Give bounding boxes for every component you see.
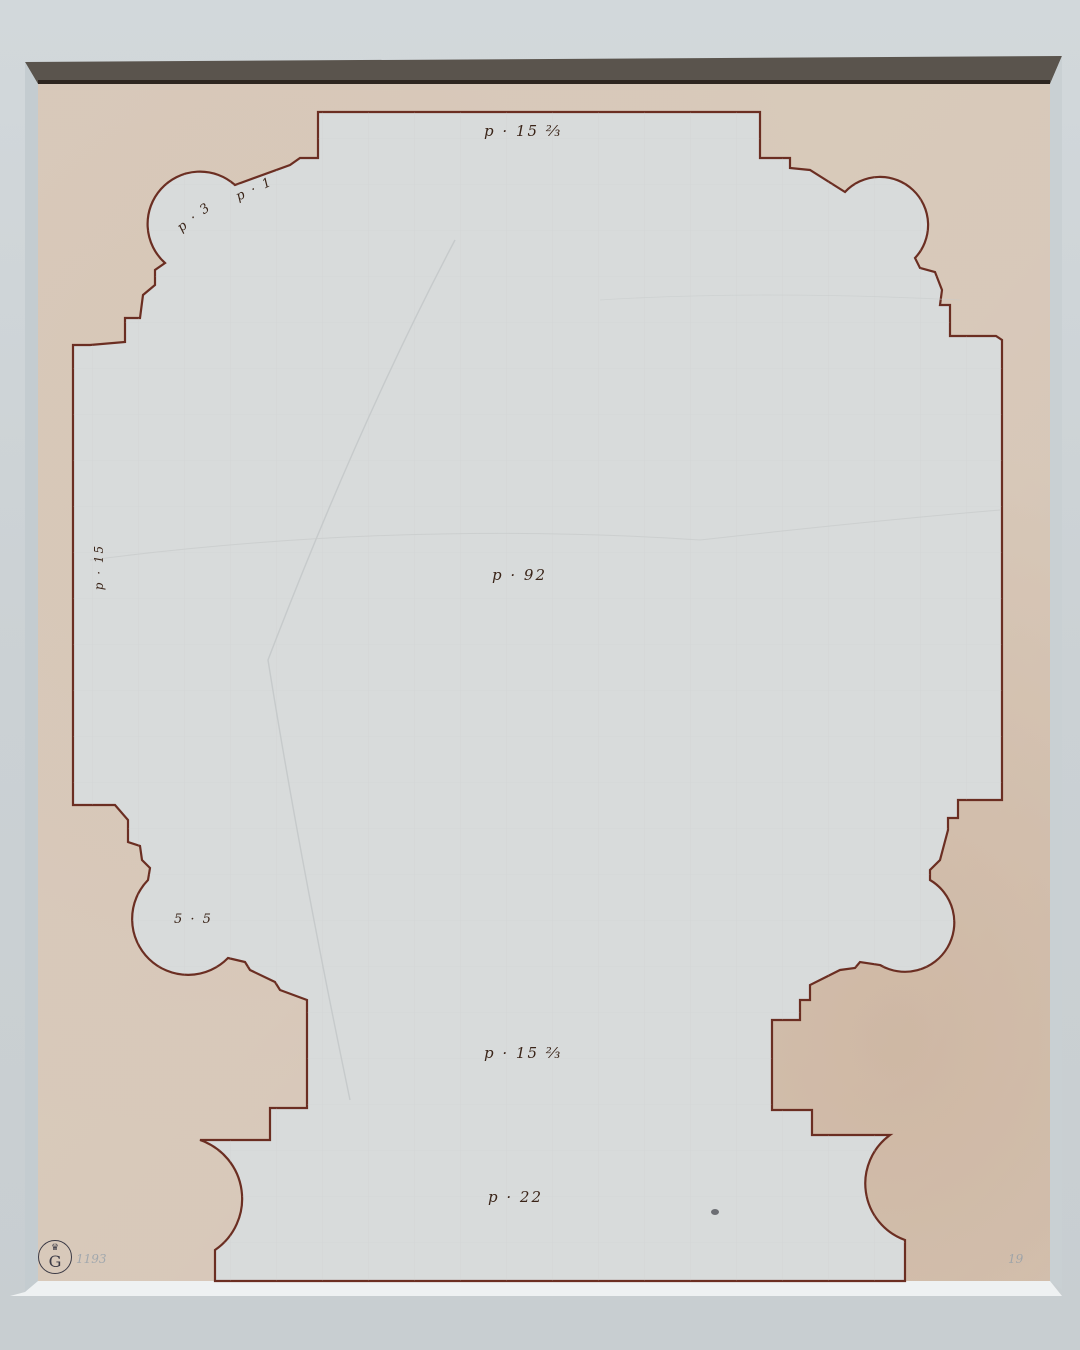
mat-bevel-top: [25, 56, 1062, 84]
annotation-bottom-width: p · 15 ⅔: [484, 1044, 562, 1062]
inventory-number-right: 19: [1008, 1252, 1023, 1266]
stamp-letter: G: [49, 1252, 62, 1271]
mat-bevel-bottom: [10, 1281, 1062, 1296]
mat-bevel-left: [25, 62, 38, 1292]
mat-bevel-right: [1050, 56, 1062, 1290]
annotation-top-width: p · 15 ⅔: [484, 122, 562, 140]
framed-drawing: [0, 0, 1080, 1350]
collector-stamp: ♛ G: [38, 1240, 72, 1274]
annotation-center: p · 92: [492, 566, 547, 584]
inventory-number-left: 1193: [76, 1252, 107, 1266]
annotation-base-width: p · 22: [488, 1188, 543, 1206]
annotation-niche: 5 · 5: [174, 912, 213, 927]
crown-icon: ♛: [51, 1243, 59, 1253]
annotation-left-side: p · 15: [92, 544, 106, 590]
